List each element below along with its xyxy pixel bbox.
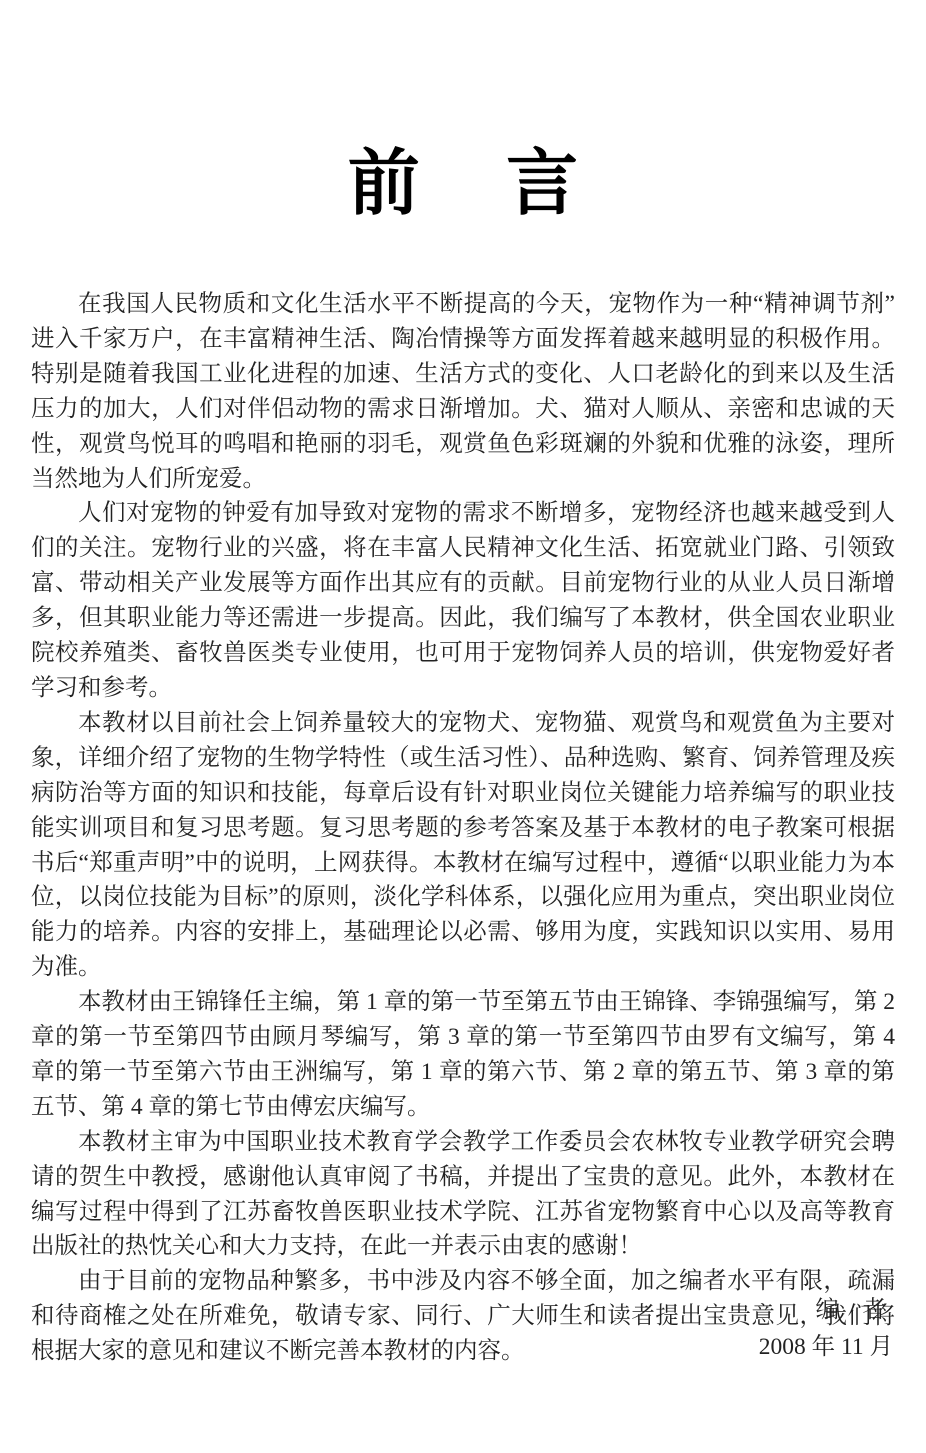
signature-block: 编 者 2008 年 11 月 bbox=[759, 1292, 893, 1366]
paragraph-4: 本教材由王锦锋任主编，第 1 章的第一节至第五节由王锦锋、李锦强编写，第 2 章… bbox=[31, 985, 895, 1125]
paragraph-1: 在我国人民物质和文化生活水平不断提高的今天，宠物作为一种“精神调节剂”进入千家万… bbox=[31, 287, 895, 496]
paragraph-5: 本教材主审为中国职业技术教育学会教学工作委员会农林牧专业教学研究会聘请的贺生中教… bbox=[31, 1125, 895, 1265]
paragraph-2: 人们对宠物的钟爱有加导致对宠物的需求不断增多，宠物经济也越来越受到人们的关注。宠… bbox=[31, 496, 895, 705]
signature-author: 编 者 bbox=[759, 1292, 893, 1329]
paragraph-3: 本教材以目前社会上饲养量较大的宠物犬、宠物猫、观赏鸟和观赏鱼为主要对象，详细介绍… bbox=[31, 706, 895, 985]
preface-body: 在我国人民物质和文化生活水平不断提高的今天，宠物作为一种“精神调节剂”进入千家万… bbox=[31, 287, 895, 1369]
signature-date: 2008 年 11 月 bbox=[759, 1329, 893, 1366]
page-title: 前 言 bbox=[31, 0, 895, 225]
preface-page: 前 言 在我国人民物质和文化生活水平不断提高的今天，宠物作为一种“精神调节剂”进… bbox=[0, 0, 926, 1453]
